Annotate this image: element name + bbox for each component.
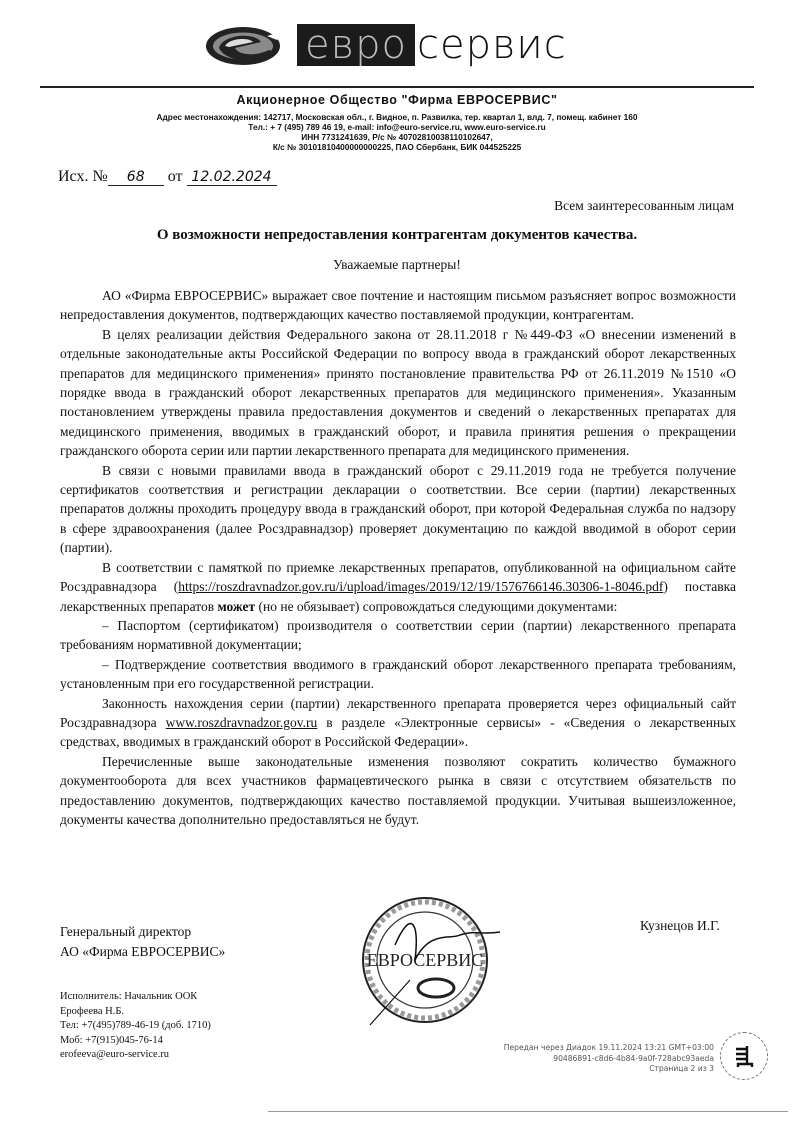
requisites-inn: ИНН 7731241639, Р/с № 407028100381101026…	[0, 132, 794, 142]
list-item-confirmation: – Подтверждение соответствия вводимого в…	[60, 655, 736, 694]
paragraph-new-rules: В связи с новыми правилами ввода в гражд…	[60, 461, 736, 558]
outgoing-number-value: 68	[108, 169, 164, 186]
executor-mobile: Моб: +7(915)045-76-14	[60, 1034, 211, 1049]
signatory-company: АО «Фирма ЕВРОСЕРВИС»	[60, 942, 225, 962]
outgoing-number-label: Исх. №	[58, 168, 108, 185]
paragraph-law: В целях реализации действия Федерального…	[60, 325, 736, 461]
logo-text-box: евро	[297, 24, 415, 66]
requisites-bank: К/с № 30101810400000000225, ПАО Сбербанк…	[0, 142, 794, 152]
memo-bold: может	[217, 599, 255, 614]
paragraph-intro: АО «Фирма ЕВРОСЕРВИС» выражает свое почт…	[60, 286, 736, 325]
diadoc-glyph-icon	[733, 1044, 755, 1068]
header-divider	[40, 86, 754, 88]
requisites-contacts: Тел.: + 7 (495) 789 46 19, e-mail: info@…	[0, 122, 794, 132]
euroservice-e-logo-icon	[205, 26, 283, 66]
svg-text:ЕВРОСЕРВИС: ЕВРОСЕРВИС	[367, 950, 483, 970]
signatory-block: Генеральный директор АО «Фирма ЕВРОСЕРВИ…	[60, 922, 225, 962]
requisites-address: Адрес местонахождения: 142717, Московска…	[0, 112, 794, 122]
roszdravnadzor-site-link[interactable]: www.roszdravnadzor.gov.ru	[166, 715, 318, 730]
outgoing-date-label: от	[168, 168, 183, 185]
executor-phone: Тел: +7(495)789-46-19 (доб. 1710)	[60, 1019, 211, 1034]
executor-name: Ерофеева Н.Б.	[60, 1005, 211, 1020]
paragraph-memo: В соответствии с памяткой по приемке лек…	[60, 558, 736, 616]
letter-title: О возможности непредоставления контраген…	[0, 227, 794, 244]
executor-position: Исполнитель: Начальник ООК	[60, 990, 211, 1005]
company-name: Акционерное Общество "Фирма ЕВРОСЕРВИС"	[0, 93, 794, 107]
addressee: Всем заинтересованным лицам	[554, 198, 734, 214]
company-stamp-icon: ЕВРОСЕРВИС	[340, 890, 510, 1030]
paragraph-closing: Перечисленные выше законодательные измен…	[60, 752, 736, 830]
diadoc-transfer-date: Передан через Диадок 19.11.2024 13:21 GM…	[504, 1043, 714, 1054]
outgoing-number: Исх. №68 от 12.02.2024	[58, 168, 277, 186]
executor-block: Исполнитель: Начальник ООК Ерофеева Н.Б.…	[60, 990, 211, 1063]
logo-text: сервис	[417, 24, 567, 66]
signatory-position: Генеральный директор	[60, 922, 225, 942]
greeting: Уважаемые партнеры!	[0, 257, 794, 273]
letter-body: АО «Фирма ЕВРОСЕРВИС» выражает свое почт…	[60, 286, 736, 829]
diadoc-page-number: Страница 2 из 3	[504, 1064, 714, 1075]
roszdravnadzor-memo-link[interactable]: https://roszdravnadzor.gov.ru/i/upload/i…	[178, 579, 663, 594]
paragraph-legality: Законность нахождения серии (партии) лек…	[60, 694, 736, 752]
diadoc-logo-icon	[720, 1032, 768, 1080]
company-logo: евро сервис	[205, 22, 585, 68]
outgoing-date-value: 12.02.2024	[187, 169, 277, 186]
diadoc-document-id: 90486891-c8d6-4b84-9a0f-728abc93aeda	[504, 1054, 714, 1065]
memo-text-3: (но не обязывает) сопровождаться следующ…	[255, 599, 617, 614]
footer-line	[268, 1111, 788, 1112]
executor-email: erofeeva@euro-service.ru	[60, 1048, 211, 1063]
list-item-passport: – Паспортом (сертификатом) производителя…	[60, 616, 736, 655]
diadoc-transfer-info: Передан через Диадок 19.11.2024 13:21 GM…	[504, 1043, 714, 1075]
signatory-name: Кузнецов И.Г.	[640, 918, 720, 934]
